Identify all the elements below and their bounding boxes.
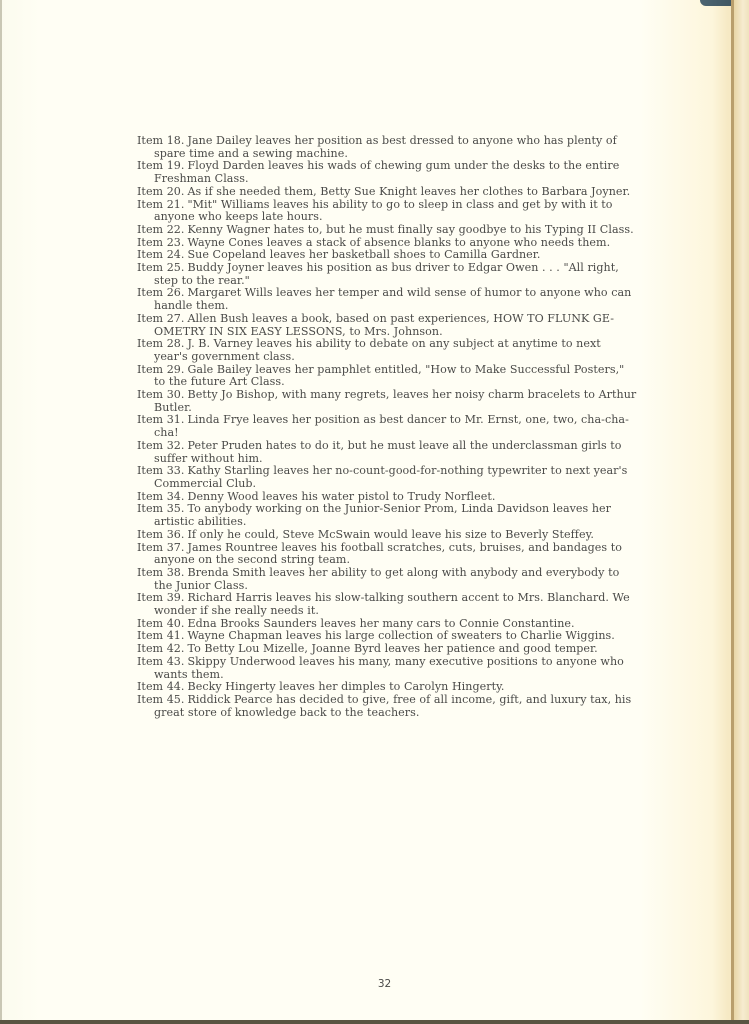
list-item: Item 18.Jane Dailey leaves her position … [137,135,637,160]
item-number: Item 45. [137,693,185,706]
item-number: Item 28. [137,337,185,350]
item-text: If only he could, Steve McSwain would le… [188,528,595,541]
list-item: Item 38.Brenda Smith leaves her ability … [137,567,637,592]
item-number: Item 19. [137,159,185,172]
item-number: Item 38. [137,566,185,579]
page-left-edge [0,0,2,1024]
item-number: Item 36. [137,528,185,541]
item-number: Item 35. [137,502,185,515]
item-number: Item 20. [137,185,185,198]
list-item: Item 31.Linda Frye leaves her position a… [137,414,637,439]
item-text: Brenda Smith leaves her ability to get a… [154,566,619,592]
item-text: To Betty Lou Mizelle, Joanne Byrd leaves… [188,642,598,655]
item-text: Margaret Wills leaves her temper and wil… [154,286,631,312]
item-text: Riddick Pearce has decided to give, free… [154,693,631,719]
item-number: Item 21. [137,198,185,211]
item-text: Becky Hingerty leaves her dimples to Car… [188,680,505,693]
item-text: J. B. Varney leaves his ability to debat… [154,337,601,363]
item-text: Denny Wood leaves his water pistol to Tr… [188,490,496,503]
item-text: Gale Bailey leaves her pamphlet entitled… [154,363,624,389]
list-item: Item 28.J. B. Varney leaves his ability … [137,338,637,363]
list-item: Item 33.Kathy Starling leaves her no-cou… [137,465,637,490]
list-item: Item 30.Betty Jo Bishop, with many regre… [137,389,637,414]
item-number: Item 42. [137,642,185,655]
item-number: Item 24. [137,248,185,261]
item-text: Linda Frye leaves her position as best d… [154,413,629,439]
item-text: Wayne Cones leaves a stack of absence bl… [188,236,611,249]
list-item: Item 21."Mit" Williams leaves his abilit… [137,199,637,224]
item-text: Allen Bush leaves a book, based on past … [154,312,614,338]
item-number: Item 37. [137,541,185,554]
list-item: Item 29.Gale Bailey leaves her pamphlet … [137,364,637,389]
class-will-items-list: Item 18.Jane Dailey leaves her position … [137,135,637,719]
item-text: Buddy Joyner leaves his position as bus … [154,261,619,287]
list-item: Item 39.Richard Harris leaves his slow-t… [137,592,637,617]
item-text: Edna Brooks Saunders leaves her many car… [188,617,575,630]
item-number: Item 40. [137,617,185,630]
item-number: Item 30. [137,388,185,401]
item-number: Item 34. [137,490,185,503]
item-number: Item 39. [137,591,185,604]
item-number: Item 25. [137,261,185,274]
item-text: James Rountree leaves his football scrat… [154,541,622,567]
list-item: Item 26.Margaret Wills leaves her temper… [137,287,637,312]
yearbook-page: Item 18.Jane Dailey leaves her position … [0,0,749,1024]
item-text: "Mit" Williams leaves his ability to go … [154,198,613,224]
item-number: Item 29. [137,363,185,376]
item-number: Item 33. [137,464,185,477]
item-text: Floyd Darden leaves his wads of chewing … [154,159,619,185]
list-item: Item 27.Allen Bush leaves a book, based … [137,313,637,338]
binding-spine [734,0,749,1024]
list-item: Item 35.To anybody working on the Junior… [137,503,637,528]
item-text: Kathy Starling leaves her no-count-good-… [154,464,627,490]
item-text: Betty Jo Bishop, with many regrets, leav… [154,388,636,414]
item-text: Sue Copeland leaves her basketball shoes… [188,248,541,261]
item-number: Item 26. [137,286,185,299]
list-item: Item 25.Buddy Joyner leaves his position… [137,262,637,287]
item-text: To anybody working on the Junior-Senior … [154,502,611,528]
list-item: Item 37.James Rountree leaves his footba… [137,542,637,567]
list-item: Item 45.Riddick Pearce has decided to gi… [137,694,637,719]
item-number: Item 27. [137,312,185,325]
item-number: Item 41. [137,629,185,642]
item-number: Item 31. [137,413,185,426]
page-bottom-edge [0,1020,749,1024]
item-number: Item 23. [137,236,185,249]
item-number: Item 32. [137,439,185,452]
item-number: Item 44. [137,680,185,693]
item-text: Peter Pruden hates to do it, but he must… [154,439,622,465]
item-text: As if she needed them, Betty Sue Knight … [188,185,631,198]
item-text: Kenny Wagner hates to, but he must final… [188,223,634,236]
item-number: Item 18. [137,134,185,147]
item-text: Richard Harris leaves his slow-talking s… [154,591,630,617]
item-text: Skippy Underwood leaves his many, many e… [154,655,624,681]
list-item: Item 32.Peter Pruden hates to do it, but… [137,440,637,465]
page-number: 32 [0,978,749,990]
item-number: Item 22. [137,223,185,236]
list-item: Item 43.Skippy Underwood leaves his many… [137,656,637,681]
item-text: Wayne Chapman leaves his large collectio… [188,629,615,642]
item-number: Item 43. [137,655,185,668]
list-item: Item 19.Floyd Darden leaves his wads of … [137,160,637,185]
item-text: Jane Dailey leaves her position as best … [154,134,617,160]
